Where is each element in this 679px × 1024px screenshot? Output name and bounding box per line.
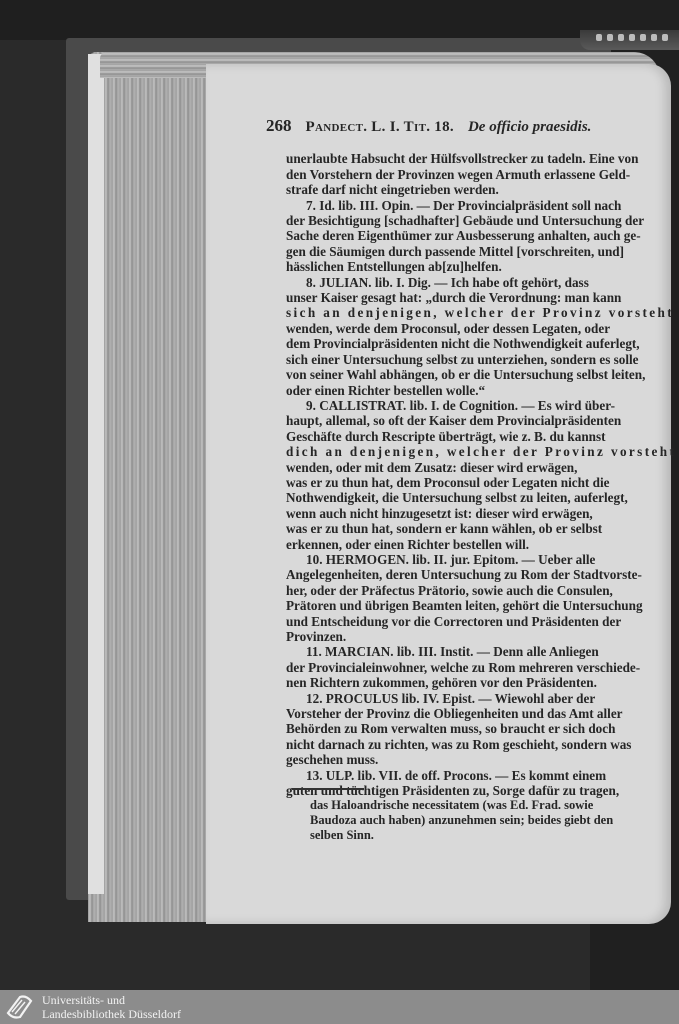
page-stack-highlight: [88, 54, 104, 894]
text-line: von seiner Wahl abhängen, ob er die Unte…: [286, 367, 674, 382]
text-line: her, oder der Präfectus Prätorio, sowie …: [286, 583, 674, 598]
text-line: 11. MARCIAN. lib. III. Instit. — Denn al…: [286, 644, 674, 659]
text-line: guten und tüchtigen Präsidenten zu, Sorg…: [286, 783, 674, 798]
paragraph-10: 10. HERMOGEN. lib. II. jur. Epitom. — Ue…: [286, 552, 674, 644]
page-number: 268: [266, 118, 292, 133]
library-name-line2: Landesbibliothek Düsseldorf: [42, 1007, 181, 1021]
text-line: sich an denjenigen, welcher der Provinz …: [286, 305, 674, 320]
running-head-title: Pandect. L. I. Tit. 18.: [306, 120, 454, 135]
paragraph-9: 9. CALLISTRAT. lib. I. de Cognition. — E…: [286, 398, 674, 552]
text-line: Nothwendigkeit, die Untersuchung selbst …: [286, 490, 674, 505]
text-line: erkennen, oder einen Richter bestellen w…: [286, 537, 674, 552]
text-line: wenden, werde dem Proconsul, oder dessen…: [286, 321, 674, 336]
text-line: Prätoren und übrigen Beamten leiten, geh…: [286, 598, 674, 613]
text-line: Behörden zu Rom verwalten muss, so brauc…: [286, 721, 674, 736]
text-line: gen die Säumigen durch passende Mittel […: [286, 244, 674, 259]
text-line: 8. JULIAN. lib. I. Dig. — Ich habe oft g…: [286, 275, 674, 290]
text-line: der Besichtigung [schadhafter] Gebäude u…: [286, 213, 674, 228]
text-line: sich einer Untersuchung selbst zu unterz…: [286, 352, 674, 367]
footnote-line: das Haloandrische necessitatem (was Ed. …: [310, 798, 670, 813]
footnote-rule: [292, 788, 364, 790]
text-line: 9. CALLISTRAT. lib. I. de Cognition. — E…: [286, 398, 674, 413]
text-line: und Entscheidung vor die Correctoren und…: [286, 614, 674, 629]
footnote-line: Baudoza auch haben) anzunehmen sein; bei…: [310, 813, 670, 828]
text-line: Provinzen.: [286, 629, 674, 644]
running-head-subtitle: De officio praesidis.: [468, 120, 591, 135]
text-line: der Provincialeinwohner, welche zu Rom m…: [286, 660, 674, 675]
text-line: 7. Id. lib. III. Opin. — Der Provincialp…: [286, 198, 674, 213]
text-line: 12. PROCULUS lib. IV. Epist. — Wiewohl a…: [286, 691, 674, 706]
backdrop-top: [0, 0, 679, 40]
text-line: dem Provincialpräsidenten nicht die Noth…: [286, 336, 674, 351]
text-line: wenden, oder mit dem Zusatz: dieser wird…: [286, 460, 674, 475]
book-edge-decoration: [596, 34, 668, 41]
text-line: dich an denjenigen, welcher der Provinz …: [286, 444, 674, 459]
text-line: Geschäfte durch Rescripte überträgt, wie…: [286, 429, 674, 444]
running-head: 268 Pandect. L. I. Tit. 18. De officio p…: [286, 118, 674, 135]
book-logo-icon: [4, 993, 36, 1021]
text-line: den Vorstehern der Provinzen wegen Armut…: [286, 167, 674, 182]
paragraph-8: 8. JULIAN. lib. I. Dig. — Ich habe oft g…: [286, 275, 674, 398]
text-line: 13. ULP. lib. VII. de off. Procons. — Es…: [286, 768, 674, 783]
text-line: unser Kaiser gesagt hat: „durch die Vero…: [286, 290, 674, 305]
paragraph-11: 11. MARCIAN. lib. III. Instit. — Denn al…: [286, 644, 674, 690]
text-line: nen Richtern zukommen, gehören vor den P…: [286, 675, 674, 690]
text-line: strafe darf nicht eingetrieben werden.: [286, 182, 674, 197]
footnote-line: selben Sinn.: [310, 828, 670, 843]
paragraph-6-continued: unerlaubte Habsucht der Hülfsvollstrecke…: [286, 151, 674, 197]
text-line: hässlichen Entstellungen ab[zu]helfen.: [286, 259, 674, 274]
text-line: wenn auch nicht hinzugesetzt ist: dieser…: [286, 506, 674, 521]
library-name-line1: Universitäts- und: [42, 993, 181, 1007]
footnote: das Haloandrische necessitatem (was Ed. …: [310, 798, 670, 843]
text-line: 10. HERMOGEN. lib. II. jur. Epitom. — Ue…: [286, 552, 674, 567]
text-line: Angelegenheiten, deren Untersuchung zu R…: [286, 567, 674, 582]
library-footer: Universitäts- und Landesbibliothek Düsse…: [0, 990, 679, 1024]
text-line: Sache deren Eigenthümer zur Ausbesserung…: [286, 228, 674, 243]
text-line: was er zu thun hat, sondern er kann wähl…: [286, 521, 674, 536]
text-line: unerlaubte Habsucht der Hülfsvollstrecke…: [286, 151, 674, 166]
page-content: 268 Pandect. L. I. Tit. 18. De officio p…: [286, 118, 674, 798]
text-line: oder einen Richter bestellen wolle.“: [286, 383, 674, 398]
text-line: nicht darnach zu richten, was zu Rom ges…: [286, 737, 674, 752]
paragraph-13: 13. ULP. lib. VII. de off. Procons. — Es…: [286, 768, 674, 799]
text-line: geschehen muss.: [286, 752, 674, 767]
text-line: Vorsteher der Provinz die Obliegenheiten…: [286, 706, 674, 721]
paragraph-12: 12. PROCULUS lib. IV. Epist. — Wiewohl a…: [286, 691, 674, 768]
text-line: haupt, allemal, so oft der Kaiser dem Pr…: [286, 413, 674, 428]
library-name[interactable]: Universitäts- und Landesbibliothek Düsse…: [42, 993, 181, 1021]
paragraph-7: 7. Id. lib. III. Opin. — Der Provincialp…: [286, 198, 674, 275]
page-stack-edge: [88, 52, 218, 922]
text-line: was er zu thun hat, dem Proconsul oder L…: [286, 475, 674, 490]
